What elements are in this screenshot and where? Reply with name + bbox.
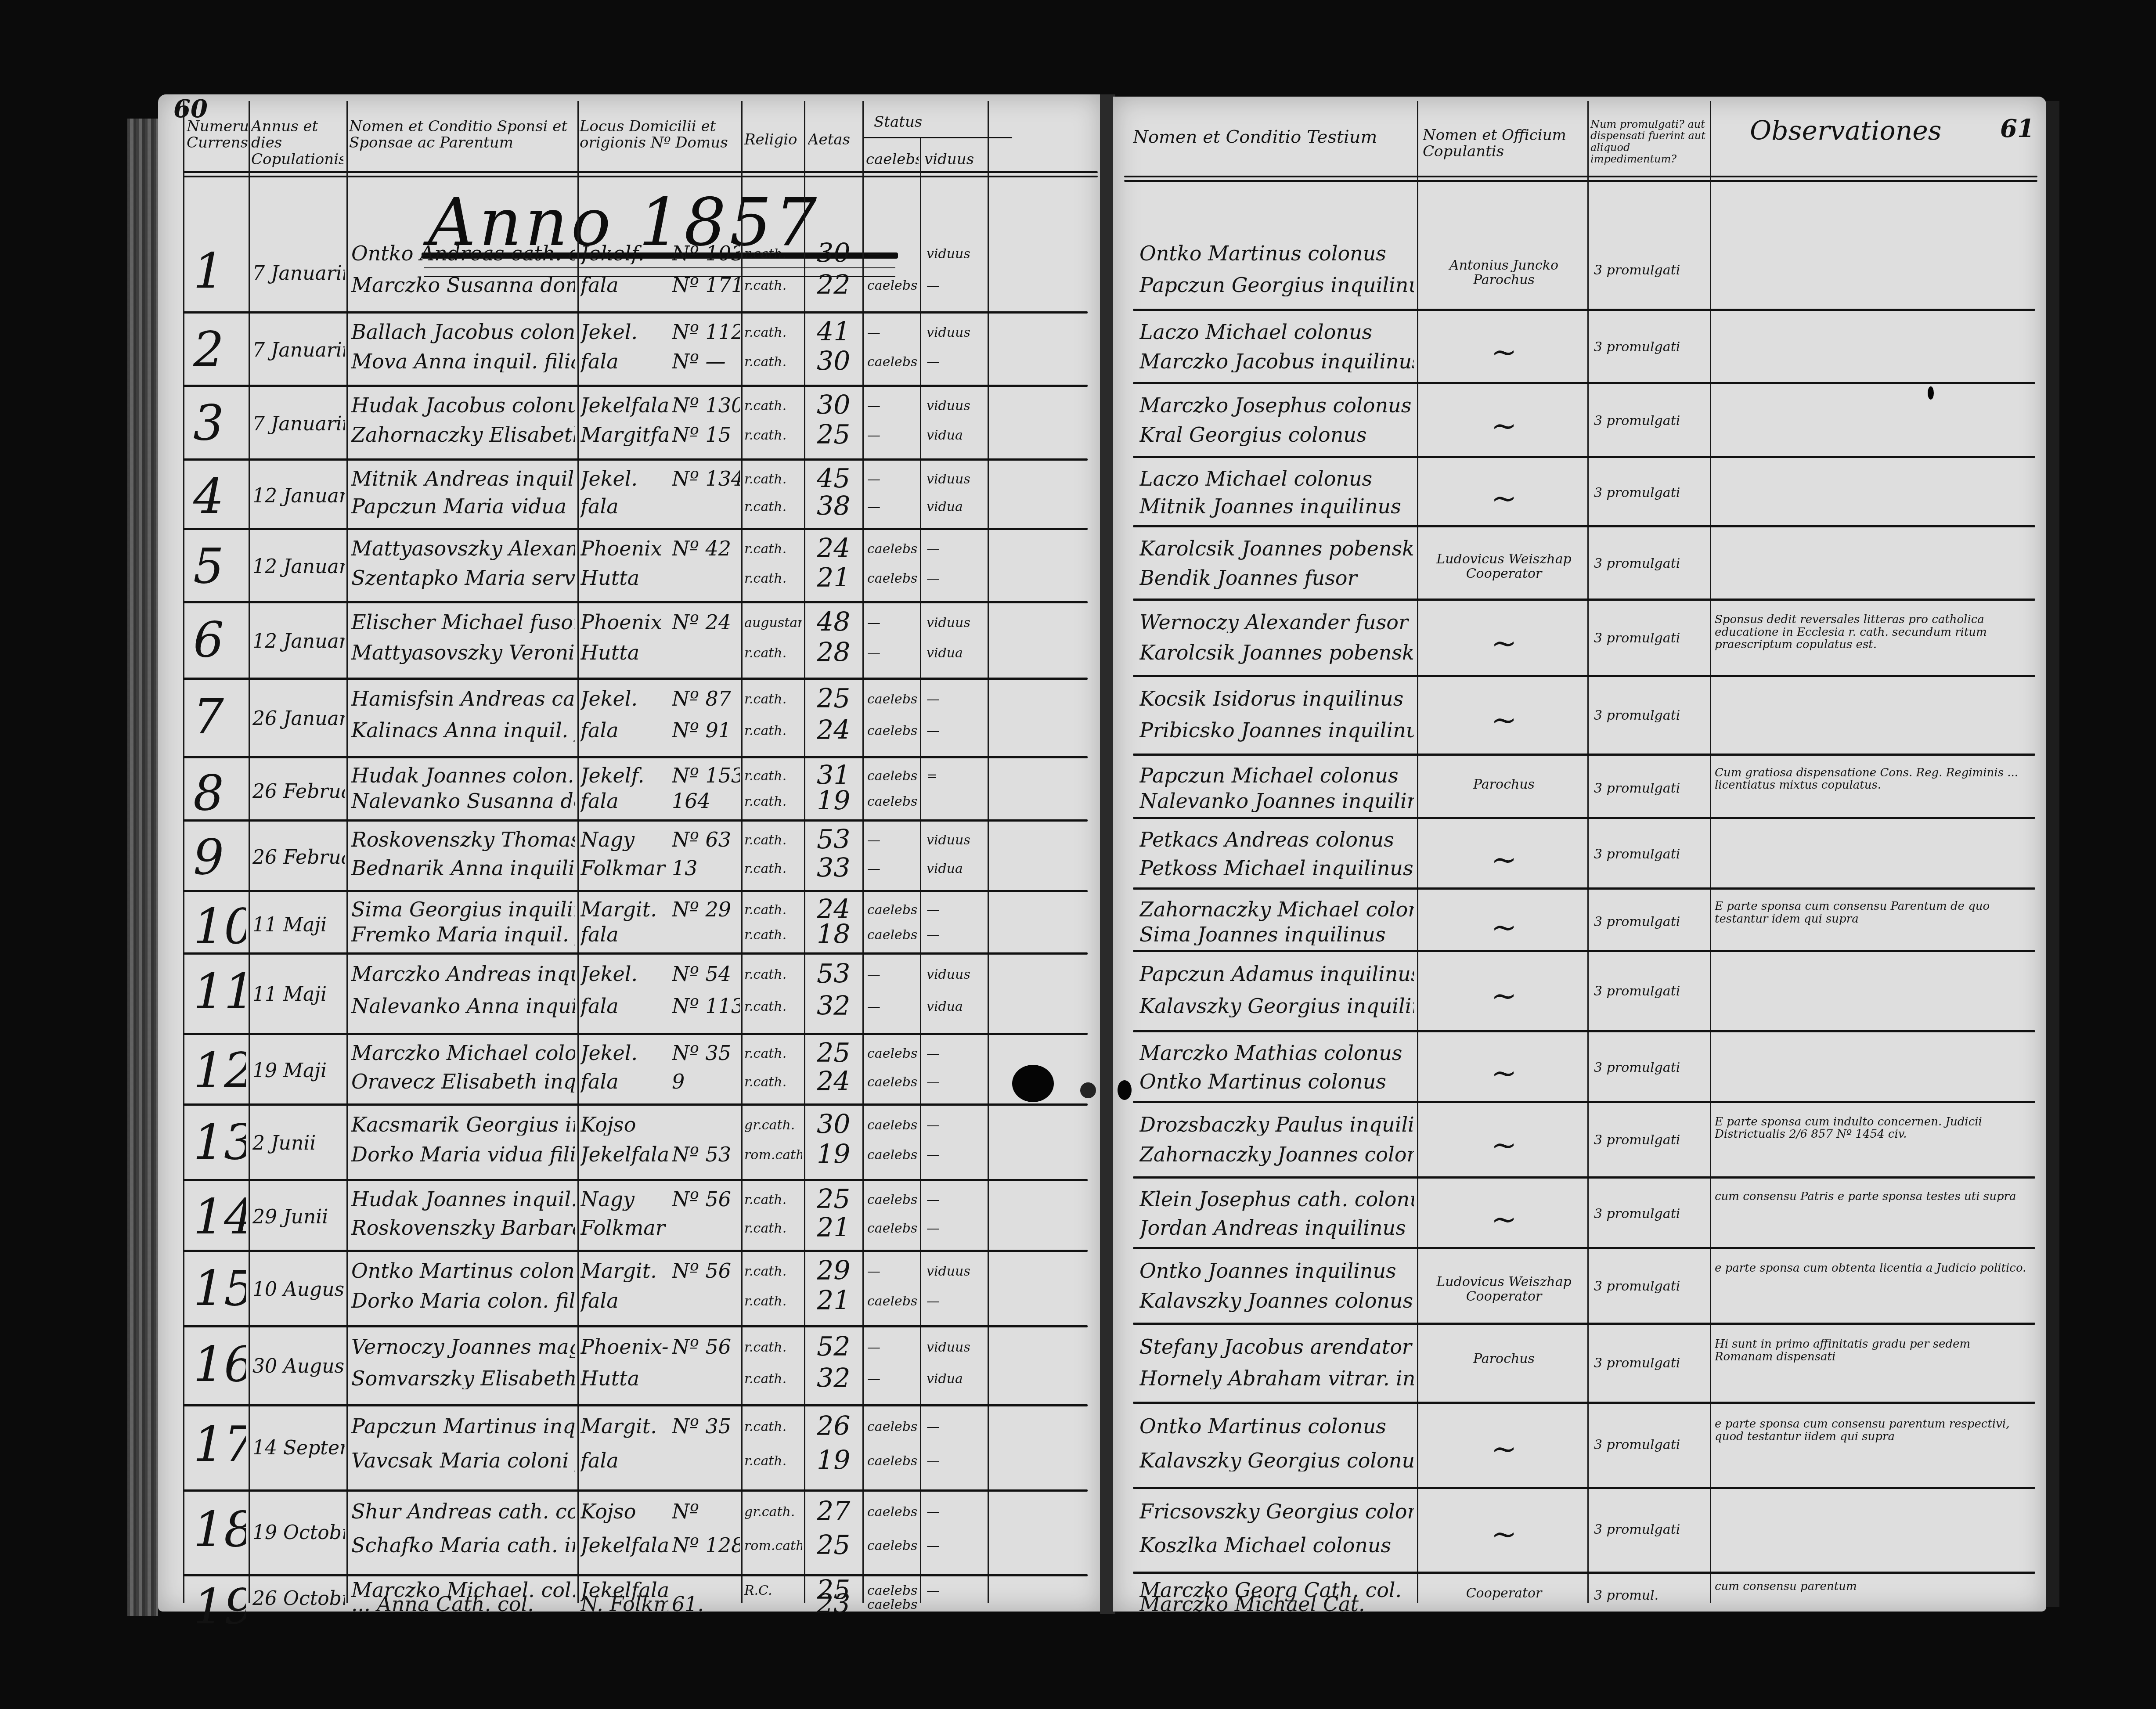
witness-1: Zahornaczky Michael colonus [1139, 898, 1414, 921]
status-caelebs-groom: — [867, 399, 918, 413]
status-viduus-groom: — [927, 692, 986, 707]
age-bride: 32 [817, 992, 861, 1020]
row-rule [183, 890, 1088, 892]
status-viduus-bride: — [927, 1148, 986, 1162]
entry-number: 15 [193, 1262, 246, 1315]
bride-name: ... Anna Cath. col. [351, 1593, 575, 1615]
copulator: Parochus [1423, 777, 1585, 792]
religion-groom: r.cath. [744, 1046, 802, 1061]
age-groom: 25 [817, 1185, 861, 1214]
age-groom: 26 [817, 1412, 861, 1441]
copulator: Antonius Juncko Parochus [1423, 258, 1585, 287]
domicile-line-1: Kojso [580, 1114, 668, 1136]
age-bride: 21 [817, 1286, 861, 1315]
promulgation: 3 promulgati [1594, 1522, 1708, 1537]
religion-groom: r.cath. [744, 903, 802, 917]
status-caelebs-groom: — [867, 247, 918, 261]
bride-name: Nalevanko Susanna domi filia [351, 790, 575, 812]
promulgation: 3 promulgati [1594, 263, 1708, 278]
row-rule [183, 1574, 1088, 1576]
row-rule [183, 1033, 1088, 1035]
age-bride: 28 [817, 638, 861, 667]
groom-name: Mattyasovszky Alexander inquilinus [351, 537, 575, 560]
copulator: Ludovicus Weiszhap Cooperator [1423, 1275, 1585, 1304]
bride-name: Kalinacs Anna inquil. filia [351, 719, 575, 742]
copulator: ~ [1423, 703, 1585, 737]
row-rule [183, 1404, 1088, 1406]
religion-bride: r.cath. [744, 1372, 802, 1386]
status-viduus-groom: viduus [927, 472, 986, 487]
entry-number: 16 [193, 1338, 246, 1391]
bride-name: Somvarszky Elisabeth inquilina [351, 1367, 575, 1390]
header-testes: Nomen et Conditio Testium [1133, 127, 1405, 147]
groom-name: Papczun Martinus inquilinus [351, 1415, 575, 1438]
age-bride: 24 [817, 716, 861, 745]
domicile-line-1: Jekelf. [580, 242, 668, 265]
ink-blot [1118, 1080, 1132, 1100]
age-bride: 23 [817, 1590, 861, 1619]
age-bride: 21 [817, 1213, 861, 1242]
row-rule [1133, 382, 2035, 384]
bride-name: Bednarik Anna inquilina [351, 857, 575, 880]
row-rule [1133, 950, 2035, 952]
age-groom: 29 [817, 1256, 861, 1285]
entry-number: 4 [193, 470, 246, 523]
observation: Cum gratiosa dispensatione Cons. Reg. Re… [1715, 767, 2031, 792]
status-caelebs-bride: — [867, 646, 918, 660]
witness-2: Jordan Andreas inquilinus [1139, 1217, 1414, 1239]
col-line [741, 101, 743, 1603]
witness-2: Kalavszky Georgius colonus [1139, 1449, 1414, 1472]
witness-2: Bendik Joannes fusor [1139, 567, 1414, 589]
copulator: ~ [1423, 335, 1585, 369]
col-line [920, 138, 921, 1603]
header-rule-right [1124, 176, 2037, 177]
observation: e parte sponsa cum obtenta licentia a Ju… [1715, 1262, 2031, 1275]
entry-number: 13 [193, 1116, 246, 1169]
col-line [862, 101, 864, 1603]
status-viduus-groom: viduus [927, 1264, 986, 1279]
religion-bride: r.cath. [744, 928, 802, 942]
domicile-line-1: Jekel. [580, 963, 668, 985]
row-rule [183, 1489, 1088, 1492]
bride-name: Zahornaczky Elisabeth. vidua [351, 424, 575, 446]
observation: Sponsus dedit reversales litteras pro ca… [1715, 613, 2031, 651]
witness-2: Mitnik Joannes inquilinus [1139, 495, 1414, 518]
domicile-line-1: Nagy [580, 829, 668, 851]
col-line [1710, 101, 1711, 1603]
bride-name: Fremko Maria inquil. filia [351, 923, 575, 946]
status-viduus-groom: viduus [927, 616, 986, 630]
religion-groom: r.cath. [744, 325, 802, 340]
entry-date: 14 Septembris [252, 1438, 345, 1459]
domicile-line-2: Jekelfala [580, 1143, 668, 1166]
row-rule [183, 311, 1088, 314]
witness-2: Kral Georgius colonus [1139, 424, 1414, 446]
status-viduus-bride: — [927, 928, 986, 942]
status-viduus-groom: — [927, 542, 986, 556]
header-status: Status [874, 114, 962, 130]
entry-date: 10 Augusti [252, 1279, 345, 1300]
status-caelebs-bride: caelebs [867, 794, 918, 809]
header-religio: Religio [744, 132, 801, 148]
age-groom: 30 [817, 1110, 861, 1139]
age-bride: 19 [817, 786, 861, 815]
religion-groom: augustana conf. [744, 616, 802, 630]
row-rule [1133, 887, 2035, 890]
status-viduus-bride: — [927, 1075, 986, 1089]
row-rule [1133, 1030, 2035, 1032]
status-viduus-groom: — [927, 1193, 986, 1207]
ink-mark [1928, 386, 1934, 400]
domicile-line-2: fala [580, 719, 668, 742]
promulgation: 3 promulgati [1594, 847, 1708, 862]
witness-1: Kocsik Isidorus inquilinus [1139, 688, 1414, 710]
age-bride: 25 [817, 1531, 861, 1560]
witness-1: Stefany Jacobus arendator [1139, 1336, 1414, 1358]
entry-number: 19 [193, 1580, 246, 1633]
entry-number: 3 [193, 397, 246, 450]
house-number-2: 9 [672, 1071, 740, 1093]
religion-bride: r.cath. [744, 794, 802, 809]
status-caelebs-bride: caelebs [867, 571, 918, 586]
domicile-line-2: Jekelfala [580, 1534, 668, 1557]
domicile-line-2: Hutta [580, 642, 668, 664]
status-viduus-groom: = [927, 769, 986, 783]
copulator: ~ [1423, 1056, 1585, 1090]
groom-name: Marczko Michael coloni filius [351, 1042, 575, 1064]
status-viduus-bride: vidua [927, 1372, 986, 1386]
house-number-1: Nº 24 [672, 611, 740, 634]
groom-name: Elischer Michael fusor [351, 611, 575, 634]
witness-1: Laczo Michael colonus [1139, 468, 1414, 490]
entry-date: 26 Octobris [252, 1588, 345, 1609]
status-viduus-bride: vidua [927, 500, 986, 514]
age-bride: 24 [817, 1067, 861, 1096]
witness-2: Marczko Jacobus inquilinus [1139, 350, 1414, 373]
domicile-line-2: fala [580, 1449, 668, 1472]
entry-date: 7 Januarii [252, 263, 345, 284]
groom-name: Sima Georgius inquilinus [351, 898, 575, 921]
witness-1: Wernoczy Alexander fusor [1139, 611, 1414, 634]
house-number-2: Nº — [672, 350, 740, 373]
house-number-1: Nº 153 [672, 764, 740, 787]
entry-number: 14 [193, 1190, 246, 1244]
house-number-2: 164 [672, 790, 740, 812]
entry-date: 29 Junii [252, 1207, 345, 1228]
status-caelebs-groom: caelebs [867, 1193, 918, 1207]
entry-date: 7 Januarii [252, 340, 345, 361]
status-caelebs-bride: caelebs [867, 1597, 918, 1612]
row-rule [1133, 1101, 2035, 1103]
observation: E parte sponsa cum indulto concernen. Ju… [1715, 1116, 2031, 1141]
copulator: ~ [1423, 1432, 1585, 1466]
domicile-line-2: Hutta [580, 567, 668, 589]
status-caelebs-groom: caelebs [867, 1420, 918, 1434]
status-viduus-bride: vidua [927, 999, 986, 1014]
domicile-line-1: Jekelf. [580, 764, 668, 787]
status-caelebs-bride: caelebs [867, 355, 918, 369]
entry-number: 7 [193, 690, 246, 743]
bride-name: Schafko Maria cath. inquil. [351, 1534, 575, 1557]
age-groom: 24 [817, 534, 861, 563]
status-caelebs-bride: — [867, 500, 918, 514]
status-caelebs-groom: caelebs [867, 903, 918, 917]
house-number-1: Nº 29 [672, 898, 740, 921]
status-caelebs-groom: — [867, 472, 918, 487]
header-nomen: Nomen et Conditio Sponsi et Sponsae ac P… [349, 119, 575, 151]
promulgation: 3 promul. [1594, 1588, 1708, 1603]
domicile-line-1: Jekel. [580, 1042, 668, 1064]
status-viduus-bride: — [927, 355, 986, 369]
copulator: ~ [1423, 1203, 1585, 1237]
status-caelebs-bride: caelebs [867, 1221, 918, 1236]
witness-1: Ontko Joannes inquilinus [1139, 1260, 1414, 1282]
religion-groom: r.cath. [744, 1340, 802, 1355]
entry-date: 26 Februarii [252, 847, 345, 868]
groom-name: Ontko Martinus colonus [351, 1260, 575, 1282]
groom-name: Roskovenszky Thomas colonus [351, 829, 575, 851]
row-rule [1133, 1176, 2035, 1179]
religion-groom: gr.cath. [744, 1118, 802, 1132]
row-rule [183, 1103, 1088, 1106]
religion-bride: r.cath. [744, 1221, 802, 1236]
copulator: ~ [1423, 843, 1585, 877]
bride-name: Roskovenszky Barbara colon. filia [351, 1217, 575, 1239]
row-rule [1133, 1323, 2035, 1325]
religion-groom: r.cath. [744, 769, 802, 783]
promulgation: 3 promulgati [1594, 1207, 1708, 1221]
domicile-line-2: fala [580, 790, 668, 812]
house-number-1: Nº 87 [672, 688, 740, 710]
domicile-line-1: Jekel. [580, 468, 668, 490]
status-viduus-groom: viduus [927, 833, 986, 847]
header-rule-left [183, 171, 1098, 173]
house-number-2: Nº 171 [672, 274, 740, 296]
promulgation: 3 promulgati [1594, 486, 1708, 500]
status-caelebs-groom: — [867, 1264, 918, 1279]
status-viduus-groom: viduus [927, 247, 986, 261]
status-caelebs-groom: — [867, 967, 918, 982]
entry-number: 5 [193, 540, 246, 593]
age-bride: 22 [817, 270, 861, 299]
religion-bride: r.cath. [744, 724, 802, 738]
age-bride: 32 [817, 1364, 861, 1393]
age-bride: 21 [817, 563, 861, 592]
row-rule [183, 819, 1088, 822]
house-number-2: 61. [672, 1593, 740, 1615]
status-viduus-groom: — [927, 1118, 986, 1132]
house-number-1: Nº 35 [672, 1042, 740, 1064]
witness-1: Marczko Mathias colonus [1139, 1042, 1414, 1064]
house-number-2: Nº 113 [672, 995, 740, 1017]
row-rule [1133, 754, 2035, 756]
witness-2: Ontko Martinus colonus [1139, 1071, 1414, 1093]
witness-2: Pribicsko Joannes inquilinus [1139, 719, 1414, 742]
witness-2: Zahornaczky Joannes colonus [1139, 1143, 1414, 1166]
witness-1: Papczun Michael colonus [1139, 764, 1414, 787]
copulator: ~ [1423, 1518, 1585, 1551]
house-number-1: Nº 56 [672, 1188, 740, 1211]
status-caelebs-bride: caelebs [867, 724, 918, 738]
house-number-2: 13 [672, 857, 740, 880]
entry-date: 12 Januarii [252, 631, 345, 652]
promulgation: 3 promulgati [1594, 708, 1708, 723]
status-viduus-bride: — [927, 278, 986, 293]
observation: E parte sponsa cum consensu Parentum de … [1715, 900, 2031, 925]
status-caelebs-groom: caelebs [867, 1505, 918, 1519]
entry-date: 12 Januarii [252, 486, 345, 507]
religion-bride: r.cath. [744, 278, 802, 293]
witness-1: Fricsovszky Georgius colonus [1139, 1500, 1414, 1523]
promulgation: 3 promulgati [1594, 556, 1708, 571]
row-rule [183, 385, 1088, 387]
status-viduus-groom: viduus [927, 399, 986, 413]
status-caelebs-groom: caelebs [867, 1046, 918, 1061]
entry-date: 11 Maji [252, 915, 345, 936]
promulgation: 3 promulgati [1594, 1279, 1708, 1294]
age-groom: 48 [817, 608, 861, 637]
domicile-line-1: Kojso [580, 1500, 668, 1523]
status-caelebs-groom: caelebs [867, 692, 918, 707]
domicile-line-1: Margit. [580, 1260, 668, 1282]
entry-number: 8 [193, 767, 246, 820]
row-rule [1133, 599, 2035, 601]
religion-groom: r.cath. [744, 967, 802, 982]
copulator: Parochus [1423, 1352, 1585, 1366]
domicile-line-2: Margitfala [580, 424, 668, 446]
row-rule [183, 601, 1088, 603]
religion-bride: r.cath. [744, 862, 802, 876]
row-rule [183, 1179, 1088, 1181]
header-copulator: Nomen et Officium Copulantis [1423, 127, 1585, 160]
col-line [1587, 101, 1589, 1603]
house-number-1: Nº 130 [672, 394, 740, 417]
domicile-line-1: Nagy [580, 1188, 668, 1211]
religion-bride: r.cath. [744, 1454, 802, 1468]
status-caelebs-bride: caelebs [867, 278, 918, 293]
header-promulgati: Num promulgati? aut dispensati fuerint a… [1590, 119, 1709, 165]
witness-2: Karolcsik Joannes pobensklanngfusor [1139, 642, 1414, 664]
copulator: Cooperator [1423, 1586, 1585, 1601]
status-caelebs-groom: — [867, 325, 918, 340]
header-annus-dies: Annus et dies Copulationis [251, 119, 343, 168]
col-line [183, 101, 184, 1603]
entry-number: 12 [193, 1044, 246, 1097]
entry-number: 10 [193, 900, 246, 953]
witness-2: Sima Joannes inquilinus [1139, 923, 1414, 946]
religion-groom: r.cath. [744, 1193, 802, 1207]
age-bride: 19 [817, 1446, 861, 1475]
col-line [346, 101, 348, 1603]
domicile-line-1: Phoenix- [580, 1336, 668, 1358]
promulgation: 3 promulgati [1594, 781, 1708, 796]
status-caelebs-groom: — [867, 616, 918, 630]
groom-name: Ballach Jacobus colonus [351, 321, 575, 343]
house-number-1: Nº 56 [672, 1336, 740, 1358]
status-viduus-groom: viduus [927, 325, 986, 340]
domicile-line-2: Folkmar [580, 1217, 668, 1239]
age-groom: 41 [817, 317, 861, 346]
religion-bride: r.cath. [744, 571, 802, 586]
col-line [988, 101, 989, 1603]
groom-name: Shur Andreas cath. colon. filius [351, 1500, 575, 1523]
entry-date: 11 Maji [252, 984, 345, 1005]
age-groom: 30 [817, 391, 861, 420]
domicile-line-2: fala [580, 495, 668, 518]
status-caelebs-groom: caelebs [867, 769, 918, 783]
status-caelebs-groom: caelebs [867, 542, 918, 556]
witness-1: Karolcsik Joannes pobensklann [1139, 537, 1414, 560]
status-viduus-bride: — [927, 571, 986, 586]
book-edge-left [127, 119, 158, 1616]
status-viduus-bride: vidua [927, 862, 986, 876]
groom-name: Hamisfsin Andreas cathol.inq. [351, 688, 575, 710]
age-groom: 53 [817, 959, 861, 988]
entry-date: 12 Januarii [252, 556, 345, 577]
row-rule [183, 1250, 1088, 1252]
status-caelebs-groom: caelebs [867, 1583, 918, 1598]
house-number-1: Nº 56 [672, 1260, 740, 1282]
groom-name: Mitnik Andreas inquilinus [351, 468, 575, 490]
domicile-line-1: Jekel. [580, 688, 668, 710]
domicile-line-2: Hutta [580, 1367, 668, 1390]
religion-groom: r.cath. [744, 1420, 802, 1434]
religion-groom: r.cath. [744, 542, 802, 556]
status-viduus-groom: — [927, 1583, 986, 1598]
bride-name: Szentapko Maria serva [351, 567, 575, 589]
bride-name: Dorko Maria colon. filia [351, 1290, 575, 1312]
domicile-line-2: fala [580, 1071, 668, 1093]
col-line [804, 101, 805, 1603]
domicile-line-2: fala [580, 350, 668, 373]
entry-number: 11 [193, 965, 246, 1018]
age-bride: 38 [817, 492, 861, 521]
entry-date: 30 Augusti [252, 1356, 345, 1377]
religion-bride: r.cath. [744, 1075, 802, 1089]
row-rule [1133, 1487, 2035, 1489]
domicile-line-1: Margit. [580, 898, 668, 921]
status-caelebs-bride: caelebs [867, 1539, 918, 1553]
religion-groom: r.cath. [744, 1264, 802, 1279]
status-viduus-bride: — [927, 1221, 986, 1236]
age-bride: 30 [817, 347, 861, 376]
status-viduus-bride: vidua [927, 428, 986, 443]
religion-bride: r.cath. [744, 500, 802, 514]
copulator: ~ [1423, 911, 1585, 945]
row-rule [1133, 525, 2035, 527]
status-viduus-groom: — [927, 1046, 986, 1061]
bride-name: Marczko Susanna domi filia [351, 274, 575, 296]
witness-1: Drozsbaczky Paulus inquilinus [1139, 1114, 1414, 1136]
domicile-line-1: Margit. [580, 1415, 668, 1438]
entry-number: 18 [193, 1503, 246, 1556]
religion-groom: r.cath. [744, 399, 802, 413]
row-rule [1133, 675, 2035, 677]
age-groom: 30 [817, 239, 861, 268]
row-rule [183, 528, 1088, 530]
observation: Hi sunt in primo affinitatis gradu per s… [1715, 1338, 2031, 1363]
header-viduus: viduus [924, 151, 986, 168]
religion-groom: r.cath. [744, 833, 802, 847]
col-line [577, 101, 579, 1603]
house-number-2: Nº 15 [672, 424, 740, 446]
age-bride: 33 [817, 854, 861, 883]
bride-name: Dorko Maria vidua filia [351, 1143, 575, 1166]
observation: e parte sponsa cum consensu parentum res… [1715, 1418, 2031, 1443]
witness-2: Papczun Georgius inquilinus [1139, 274, 1414, 296]
domicile-line-2: fala [580, 995, 668, 1017]
